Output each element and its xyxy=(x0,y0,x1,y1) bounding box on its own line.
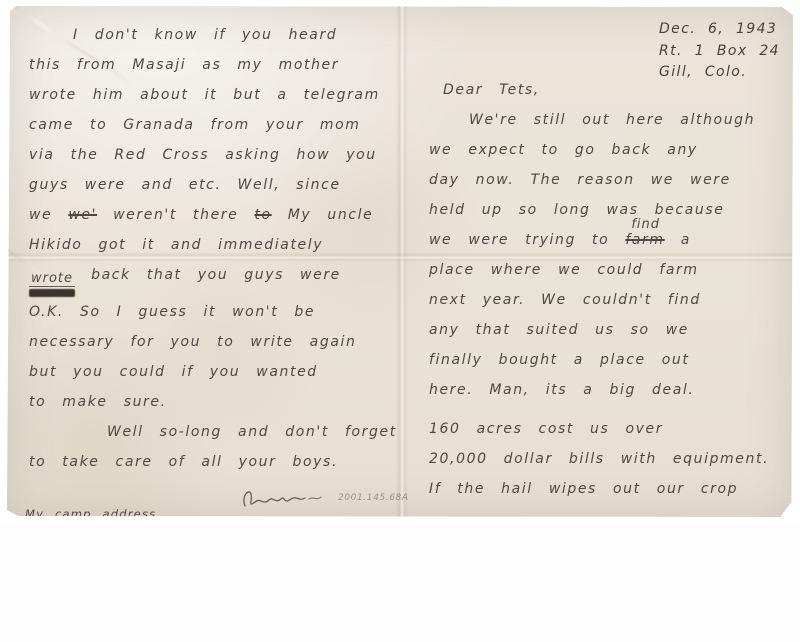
handwritten-line: necessary for you to write again xyxy=(29,327,401,357)
handwritten-line: guys were and etc. Well, since xyxy=(29,170,401,200)
handwritten-line-with-corrections: we were trying to find farm a xyxy=(429,225,800,255)
handwritten-line-with-corrections: we we' weren't there to My uncle xyxy=(29,200,401,230)
handwritten-line-with-scribble: wrote back that you guys were xyxy=(29,260,401,297)
letter-scan-background: I don't know if you heard this from Masa… xyxy=(0,0,800,525)
handwritten-line: If the hail wipes out our crop xyxy=(429,474,800,504)
right-page: Dear Tets, We're still out here although… xyxy=(429,75,800,504)
handwritten-line: next year. We couldn't find xyxy=(429,285,800,315)
handwritten-line: I don't know if you heard xyxy=(29,20,401,50)
return-address-line: Rt. 1 Box 24 xyxy=(659,41,780,63)
handwritten-line: 20,000 dollar bills with equipment. xyxy=(429,444,800,474)
word: we xyxy=(29,207,52,223)
handwritten-line: We're still out here although xyxy=(429,105,800,135)
handwritten-line: but you could if you wanted xyxy=(29,357,401,387)
handwritten-line: to make sure. xyxy=(29,387,401,417)
catalog-number: 2001.145.68A xyxy=(338,493,409,503)
handwritten-line: via the Red Cross asking how you xyxy=(29,140,401,170)
words: My uncle xyxy=(288,207,374,223)
inserted-word: find xyxy=(631,210,660,240)
word: a xyxy=(681,232,691,248)
date-line: Dec. 6, 1943 xyxy=(659,19,780,41)
handwritten-line: here. Man, its a big deal. xyxy=(429,375,800,405)
words: back that you guys were xyxy=(91,267,341,283)
handwritten-line: finally bought a place out xyxy=(429,345,800,375)
handwritten-line: we expect to go back any xyxy=(429,135,800,165)
handwritten-line: any that suited us so we xyxy=(429,315,800,345)
camp-address-line: My camp address xyxy=(25,507,162,522)
handwritten-line: held up so long was because xyxy=(429,195,800,225)
handwritten-line: came to Granada from your mom xyxy=(29,110,401,140)
handwritten-line: to take care of all your boys. xyxy=(29,447,401,477)
words: weren't there xyxy=(113,207,238,223)
date-block: Dec. 6, 1943 Rt. 1 Box 24 Gill, Colo. xyxy=(659,19,780,84)
handwritten-line: O.K. So I guess it won't be xyxy=(29,297,401,327)
correction-stack: wrote xyxy=(29,272,75,297)
handwritten-line: Hikido got it and immediately xyxy=(29,230,401,260)
letter-paper: I don't know if you heard this from Masa… xyxy=(7,6,793,518)
camp-address: My camp address is 8E-12-B Amache, Colo. xyxy=(25,477,162,525)
handwritten-line: this from Masaji as my mother xyxy=(29,50,401,80)
strikethrough-word: to xyxy=(254,207,271,223)
handwritten-line: Well so-long and don't forget xyxy=(29,417,401,447)
greeting: Dear Tets, xyxy=(429,75,800,105)
strikethrough-word: we' xyxy=(68,207,97,223)
words: we were trying to xyxy=(429,232,609,248)
inserted-word: wrote xyxy=(29,272,75,287)
scribbled-out-word xyxy=(29,289,75,297)
signature xyxy=(239,486,343,516)
handwritten-line: place where we could farm xyxy=(429,255,800,285)
handwritten-line: day now. The reason we were xyxy=(429,165,800,195)
left-page: I don't know if you heard this from Masa… xyxy=(29,20,401,477)
handwritten-line: 160 acres cost us over xyxy=(429,414,800,444)
correction-stack: find farm xyxy=(625,225,664,255)
handwritten-line: wrote him about it but a telegram xyxy=(29,80,401,110)
